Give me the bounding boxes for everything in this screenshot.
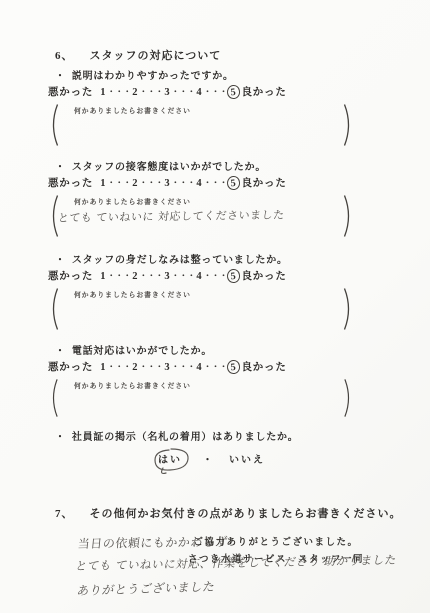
section7-title: その他何かお気付きの点がありましたらお書きください。 xyxy=(90,508,402,520)
rating-high-label: 良かった xyxy=(241,362,286,373)
question-5-text: 社員証の掲示（名札の着用）はありましたか。 xyxy=(72,432,299,443)
rating-dots: ・・・ xyxy=(107,87,131,96)
question-5: ・社員証の掲示（名札の着用）はありましたか。 xyxy=(0,428,430,443)
comment-label: 何かありましたらお書きください xyxy=(74,105,191,115)
rating-number-1: 1 xyxy=(100,362,106,373)
question-1-text: 説明はわかりやすかったですか。 xyxy=(72,71,234,82)
rating-number-4: 4 xyxy=(196,178,202,189)
right-paren-icon xyxy=(343,287,354,331)
rating-low-label: 悪かった xyxy=(48,178,93,189)
rating-number-1: 1 xyxy=(100,87,106,98)
rating-dots: ・・・ xyxy=(139,362,163,371)
bullet-icon: ・ xyxy=(55,162,66,173)
rating-high-label: 良かった xyxy=(241,178,286,189)
rating-number-3: 3 xyxy=(164,271,170,282)
rating-scale-1: 悪かった1・・・2・・・3・・・4・・・5良かった xyxy=(0,84,430,99)
rating-dots: ・・・ xyxy=(107,271,131,280)
comment-box-1: 何かありましたらお書きください xyxy=(48,103,354,147)
section7-number: 7、 xyxy=(55,508,74,520)
rating-selected-5: 5 xyxy=(227,84,242,99)
comment-label: 何かありましたらお書きください xyxy=(74,289,191,299)
rating-dots: ・・・ xyxy=(139,178,163,187)
rating-selected-5: 5 xyxy=(227,268,242,283)
bullet-icon: ・ xyxy=(55,71,66,82)
footer-thanks: ご協力ありがとうございました。 xyxy=(188,534,364,548)
right-paren-icon xyxy=(343,194,354,238)
rating-dots: ・・・ xyxy=(107,362,131,371)
rating-number-4: 4 xyxy=(196,87,202,98)
section7-header: 7、その他何かお気付きの点がありましたらお書きください。 xyxy=(0,505,430,521)
rating-dots: ・・・ xyxy=(203,178,227,187)
rating-dots: ・・・ xyxy=(203,271,227,280)
footer: ご協力ありがとうございました。 さつき水道サービス スタッフ一同 xyxy=(188,531,364,565)
rating-high-label: 良かった xyxy=(241,271,286,282)
yesno-answer: はい ・ いいえ xyxy=(0,449,430,475)
yes-circle-icon xyxy=(149,446,193,476)
rating-number-2: 2 xyxy=(132,271,138,282)
rating-dots: ・・・ xyxy=(139,87,163,96)
comment-box-2: 何かありましたらお書きください とても ていねいに 対応してくださいました xyxy=(48,194,354,238)
rating-high-label: 良かった xyxy=(241,87,286,98)
rating-scale-2: 悪かった1・・・2・・・3・・・4・・・5良かった xyxy=(0,175,430,190)
rating-dots: ・・・ xyxy=(203,362,227,371)
section6-header: 6、スタッフの対応について xyxy=(0,47,430,63)
question-3: ・スタッフの身だしなみは整っていましたか。 xyxy=(0,251,430,266)
rating-dots: ・・・ xyxy=(203,87,227,96)
left-paren-icon xyxy=(48,103,59,147)
rating-number-3: 3 xyxy=(164,362,170,373)
rating-number-1: 1 xyxy=(100,271,106,282)
footer-signature: さつき水道サービス スタッフ一同 xyxy=(188,551,364,565)
handwritten-comment-2: とても ていねいに 対応してくださいました xyxy=(57,206,285,225)
rating-selected-5: 5 xyxy=(227,359,242,374)
rating-number-2: 2 xyxy=(132,87,138,98)
section6-number: 6、 xyxy=(55,50,74,62)
rating-low-label: 悪かった xyxy=(48,362,93,373)
rating-dots: ・・・ xyxy=(171,271,195,280)
comment-label: 何かありましたらお書きください xyxy=(74,380,191,390)
rating-scale-4: 悪かった1・・・2・・・3・・・4・・・5良かった xyxy=(0,359,430,374)
rating-low-label: 悪かった xyxy=(48,271,93,282)
rating-dots: ・・・ xyxy=(171,178,195,187)
rating-selected-5: 5 xyxy=(227,175,242,190)
rating-number-3: 3 xyxy=(164,87,170,98)
question-2: ・スタッフの接客態度はいかがでしたか。 xyxy=(0,158,430,173)
comment-box-4: 何かありましたらお書きください xyxy=(48,378,354,418)
rating-number-4: 4 xyxy=(196,271,202,282)
bullet-icon: ・ xyxy=(55,346,66,357)
no-label: いいえ xyxy=(229,455,265,466)
rating-scale-3: 悪かった1・・・2・・・3・・・4・・・5良かった xyxy=(0,268,430,283)
question-4: ・電話対応はいかがでしたか。 xyxy=(0,342,430,357)
rating-dots: ・・・ xyxy=(171,362,195,371)
rating-dots: ・・・ xyxy=(107,178,131,187)
question-3-text: スタッフの身だしなみは整っていましたか。 xyxy=(72,255,288,266)
yes-option: はい xyxy=(152,449,188,468)
rating-number-2: 2 xyxy=(132,178,138,189)
comment-box-3: 何かありましたらお書きください xyxy=(48,287,354,331)
left-paren-icon xyxy=(48,378,59,418)
comment-label: 何かありましたらお書きください xyxy=(74,196,191,206)
right-paren-icon xyxy=(343,378,354,418)
bullet-icon: ・ xyxy=(55,432,66,443)
yesno-separator: ・ xyxy=(203,455,215,466)
bullet-icon: ・ xyxy=(55,255,66,266)
scanned-survey-page: 6、スタッフの対応について ・説明はわかりやすかったですか。 悪かった1・・・2… xyxy=(0,0,430,613)
question-1: ・説明はわかりやすかったですか。 xyxy=(0,67,430,82)
rating-dots: ・・・ xyxy=(171,87,195,96)
rating-number-1: 1 xyxy=(100,178,106,189)
question-4-text: 電話対応はいかがでしたか。 xyxy=(72,346,212,357)
question-2-text: スタッフの接客態度はいかがでしたか。 xyxy=(72,162,266,173)
rating-number-2: 2 xyxy=(132,362,138,373)
section6-title: スタッフの対応について xyxy=(90,50,222,62)
rating-number-4: 4 xyxy=(196,362,202,373)
rating-low-label: 悪かった xyxy=(48,87,93,98)
right-paren-icon xyxy=(343,103,354,147)
handwritten-line-3: ありがとうございました xyxy=(71,571,430,599)
rating-number-3: 3 xyxy=(164,178,170,189)
left-paren-icon xyxy=(48,287,59,331)
rating-dots: ・・・ xyxy=(139,271,163,280)
